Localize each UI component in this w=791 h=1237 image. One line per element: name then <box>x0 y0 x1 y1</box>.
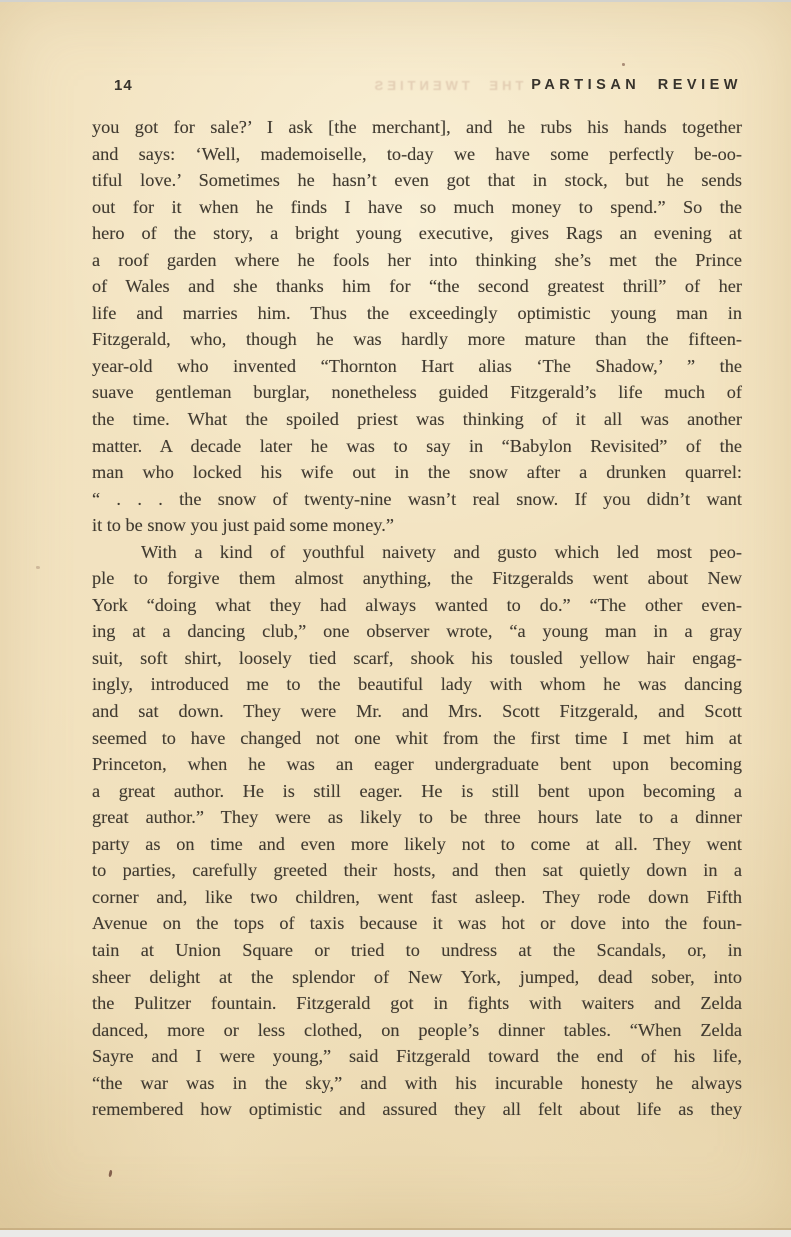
text-line: you got for sale?’ I ask [the merchant],… <box>92 114 742 141</box>
text-line: matter. A decade later he was to say in … <box>92 433 742 460</box>
text-line: tain at Union Square or tried to undress… <box>92 937 742 964</box>
text-line: seemed to have changed not one whit from… <box>92 725 742 752</box>
text-line: With a kind of youthful naivety and gust… <box>92 539 742 566</box>
scanned-page: 14 THE TWENTIES PARTISAN REVIEW you got … <box>0 0 791 1237</box>
text-line: remembered how optimistic and assured th… <box>92 1096 742 1123</box>
text-line: a roof garden where he fools her into th… <box>92 247 742 274</box>
text-line: to parties, carefully greeted their host… <box>92 857 742 884</box>
text-line: “ . . . the snow of twenty-nine wasn’t r… <box>92 486 742 513</box>
text-line: York “doing what they had always wanted … <box>92 592 742 619</box>
text-line: great author.” They were as likely to be… <box>92 804 742 831</box>
text-line: Princeton, when he was an eager undergra… <box>92 751 742 778</box>
ink-speck <box>36 566 40 569</box>
bleed-through-text: THE TWENTIES <box>347 78 547 93</box>
text-line: suit, soft shirt, loosely tied scarf, sh… <box>92 645 742 672</box>
text-line: ple to forgive them almost anything, the… <box>92 565 742 592</box>
text-line: of Wales and she thanks him for “the sec… <box>92 273 742 300</box>
text-line: man who locked his wife out in the snow … <box>92 459 742 486</box>
text-line: tiful love.’ Sometimes he hasn’t even go… <box>92 167 742 194</box>
text-line: Sayre and I were young,” said Fitzgerald… <box>92 1043 742 1070</box>
text-line: year-old who invented “Thornton Hart ali… <box>92 353 742 380</box>
scan-bottom-edge <box>0 1230 791 1237</box>
text-line: and says: ‘Well, mademoiselle, to-day we… <box>92 141 742 168</box>
text-line: life and marries him. Thus the exceeding… <box>92 300 742 327</box>
scan-top-edge <box>0 0 791 2</box>
text-line: the Pulitzer fountain. Fitzgerald got in… <box>92 990 742 1017</box>
text-line: a great author. He is still eager. He is… <box>92 778 742 805</box>
text-line: danced, more or less clothed, on people’… <box>92 1017 742 1044</box>
text-line: suave gentleman burglar, nonetheless gui… <box>92 379 742 406</box>
text-line: “the war was in the sky,” and with his i… <box>92 1070 742 1097</box>
text-line: party as on time and even more likely no… <box>92 831 742 858</box>
text-line: it to be snow you just paid some money.” <box>92 512 742 539</box>
page-header: 14 THE TWENTIES PARTISAN REVIEW <box>92 77 742 97</box>
text-line: Avenue on the tops of taxis because it w… <box>92 910 742 937</box>
text-line: out for it when he finds I have so much … <box>92 194 742 221</box>
text-line: sheer delight at the splendor of New Yor… <box>92 964 742 991</box>
text-line: ingly, introduced me to the beautiful la… <box>92 671 742 698</box>
text-line: the time. What the spoiled priest was th… <box>92 406 742 433</box>
ink-speck <box>622 63 625 66</box>
text-line: and sat down. They were Mr. and Mrs. Sco… <box>92 698 742 725</box>
text-line: corner and, like two children, went fast… <box>92 884 742 911</box>
body-text: you got for sale?’ I ask [the merchant],… <box>92 114 742 1123</box>
text-line: hero of the story, a bright young execut… <box>92 220 742 247</box>
page-number: 14 <box>114 77 133 94</box>
text-line: ing at a dancing club,” one observer wro… <box>92 618 742 645</box>
text-line: Fitzgerald, who, though he was hardly mo… <box>92 326 742 353</box>
journal-title: PARTISAN REVIEW <box>531 77 742 93</box>
